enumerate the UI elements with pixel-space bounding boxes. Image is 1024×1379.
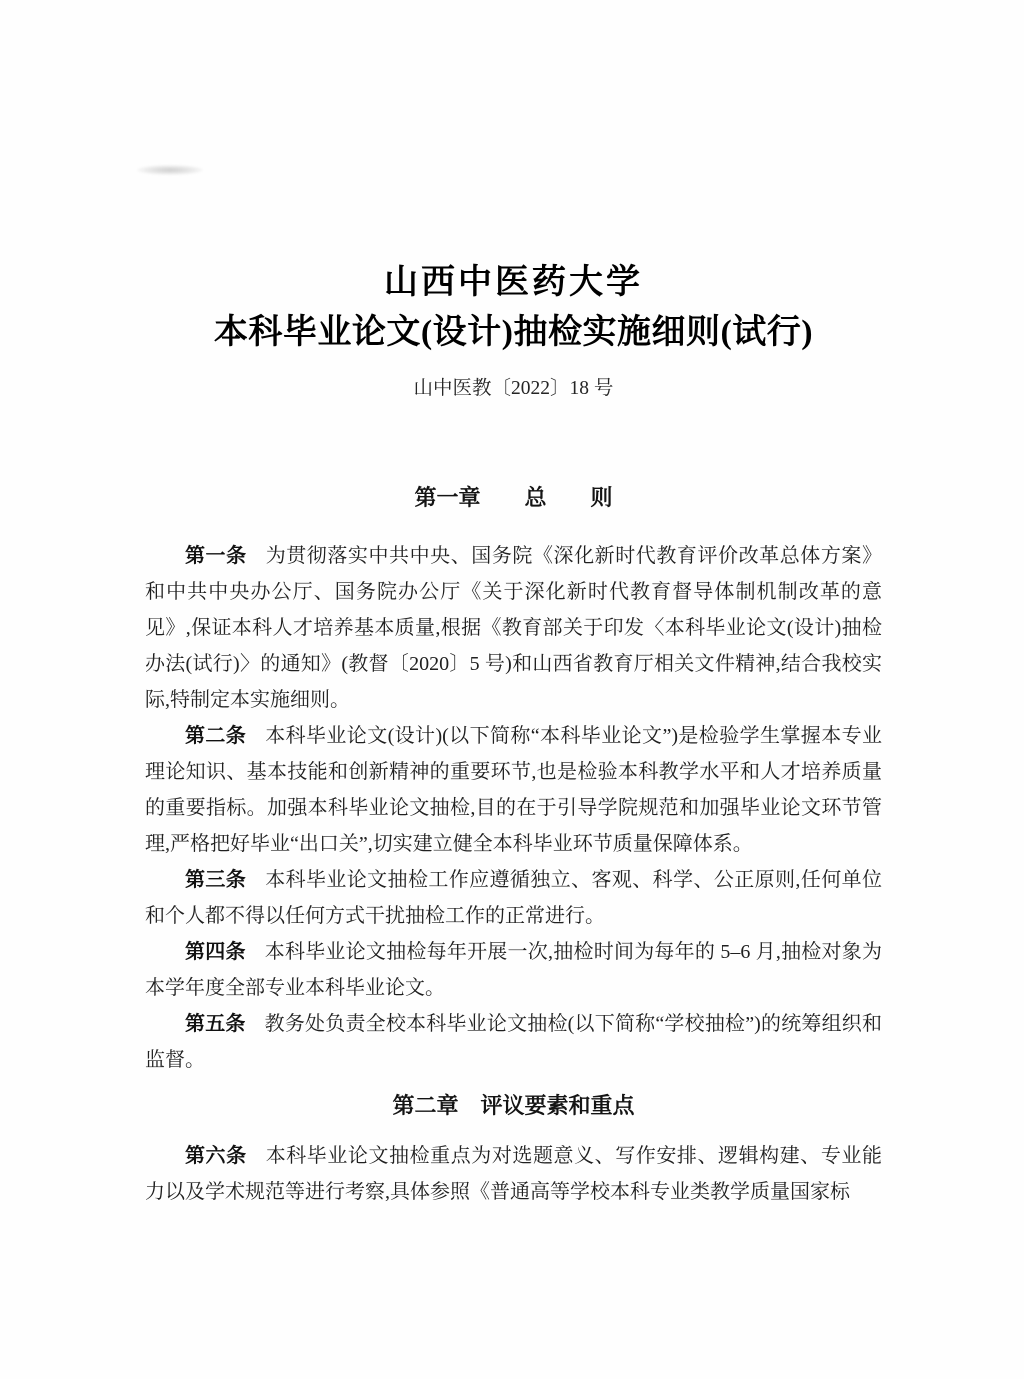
article-4-label: 第四条 xyxy=(185,941,246,963)
article-2: 第二条本科毕业论文(设计)(以下简称“本科毕业论文”)是检验学生掌握本专业理论知… xyxy=(145,718,882,862)
document-content: 山西中医药大学 本科毕业论文(设计)抽检实施细则(试行) 山中医教〔2022〕1… xyxy=(145,0,882,1210)
chapter-2-heading: 第二章 评议要素和重点 xyxy=(145,1088,882,1124)
article-6-text: 本科毕业论文抽检重点为对选题意义、写作安排、逻辑构建、专业能力以及学术规范等进行… xyxy=(145,1145,882,1203)
document-page: 山西中医药大学 本科毕业论文(设计)抽检实施细则(试行) 山中医教〔2022〕1… xyxy=(0,0,1024,1379)
article-6-label: 第六条 xyxy=(185,1145,247,1167)
title-university-name: 山西中医药大学 xyxy=(145,258,882,308)
article-2-label: 第二条 xyxy=(185,725,246,747)
article-1-text: 为贯彻落实中共中央、国务院《深化新时代教育评价改革总体方案》和中共中央办公厅、国… xyxy=(145,545,882,711)
article-3: 第三条本科毕业论文抽检工作应遵循独立、客观、科学、公正原则,任何单位和个人都不得… xyxy=(145,862,882,934)
document-number: 山中医教〔2022〕18 号 xyxy=(145,374,882,404)
article-5: 第五条教务处负责全校本科毕业论文抽检(以下简称“学校抽检”)的统筹组织和监督。 xyxy=(145,1006,882,1078)
article-1-label: 第一条 xyxy=(185,545,247,567)
document-title: 山西中医药大学 本科毕业论文(设计)抽检实施细则(试行) xyxy=(145,258,882,358)
article-4: 第四条本科毕业论文抽检每年开展一次,抽检时间为每年的 5–6 月,抽检对象为本学… xyxy=(145,934,882,1006)
article-6: 第六条本科毕业论文抽检重点为对选题意义、写作安排、逻辑构建、专业能力以及学术规范… xyxy=(145,1138,882,1210)
article-5-text: 教务处负责全校本科毕业论文抽检(以下简称“学校抽检”)的统筹组织和监督。 xyxy=(145,1013,882,1071)
chapter-1-heading: 第一章 总 则 xyxy=(145,480,882,516)
article-2-text: 本科毕业论文(设计)(以下简称“本科毕业论文”)是检验学生掌握本专业理论知识、基… xyxy=(145,725,882,855)
article-3-label: 第三条 xyxy=(185,869,246,891)
article-1: 第一条为贯彻落实中共中央、国务院《深化新时代教育评价改革总体方案》和中共中央办公… xyxy=(145,538,882,718)
article-5-label: 第五条 xyxy=(185,1013,246,1035)
article-4-text: 本科毕业论文抽检每年开展一次,抽检时间为每年的 5–6 月,抽检对象为本学年度全… xyxy=(145,941,882,999)
title-regulation-name: 本科毕业论文(设计)抽检实施细则(试行) xyxy=(145,308,882,358)
article-3-text: 本科毕业论文抽检工作应遵循独立、客观、科学、公正原则,任何单位和个人都不得以任何… xyxy=(145,869,882,927)
